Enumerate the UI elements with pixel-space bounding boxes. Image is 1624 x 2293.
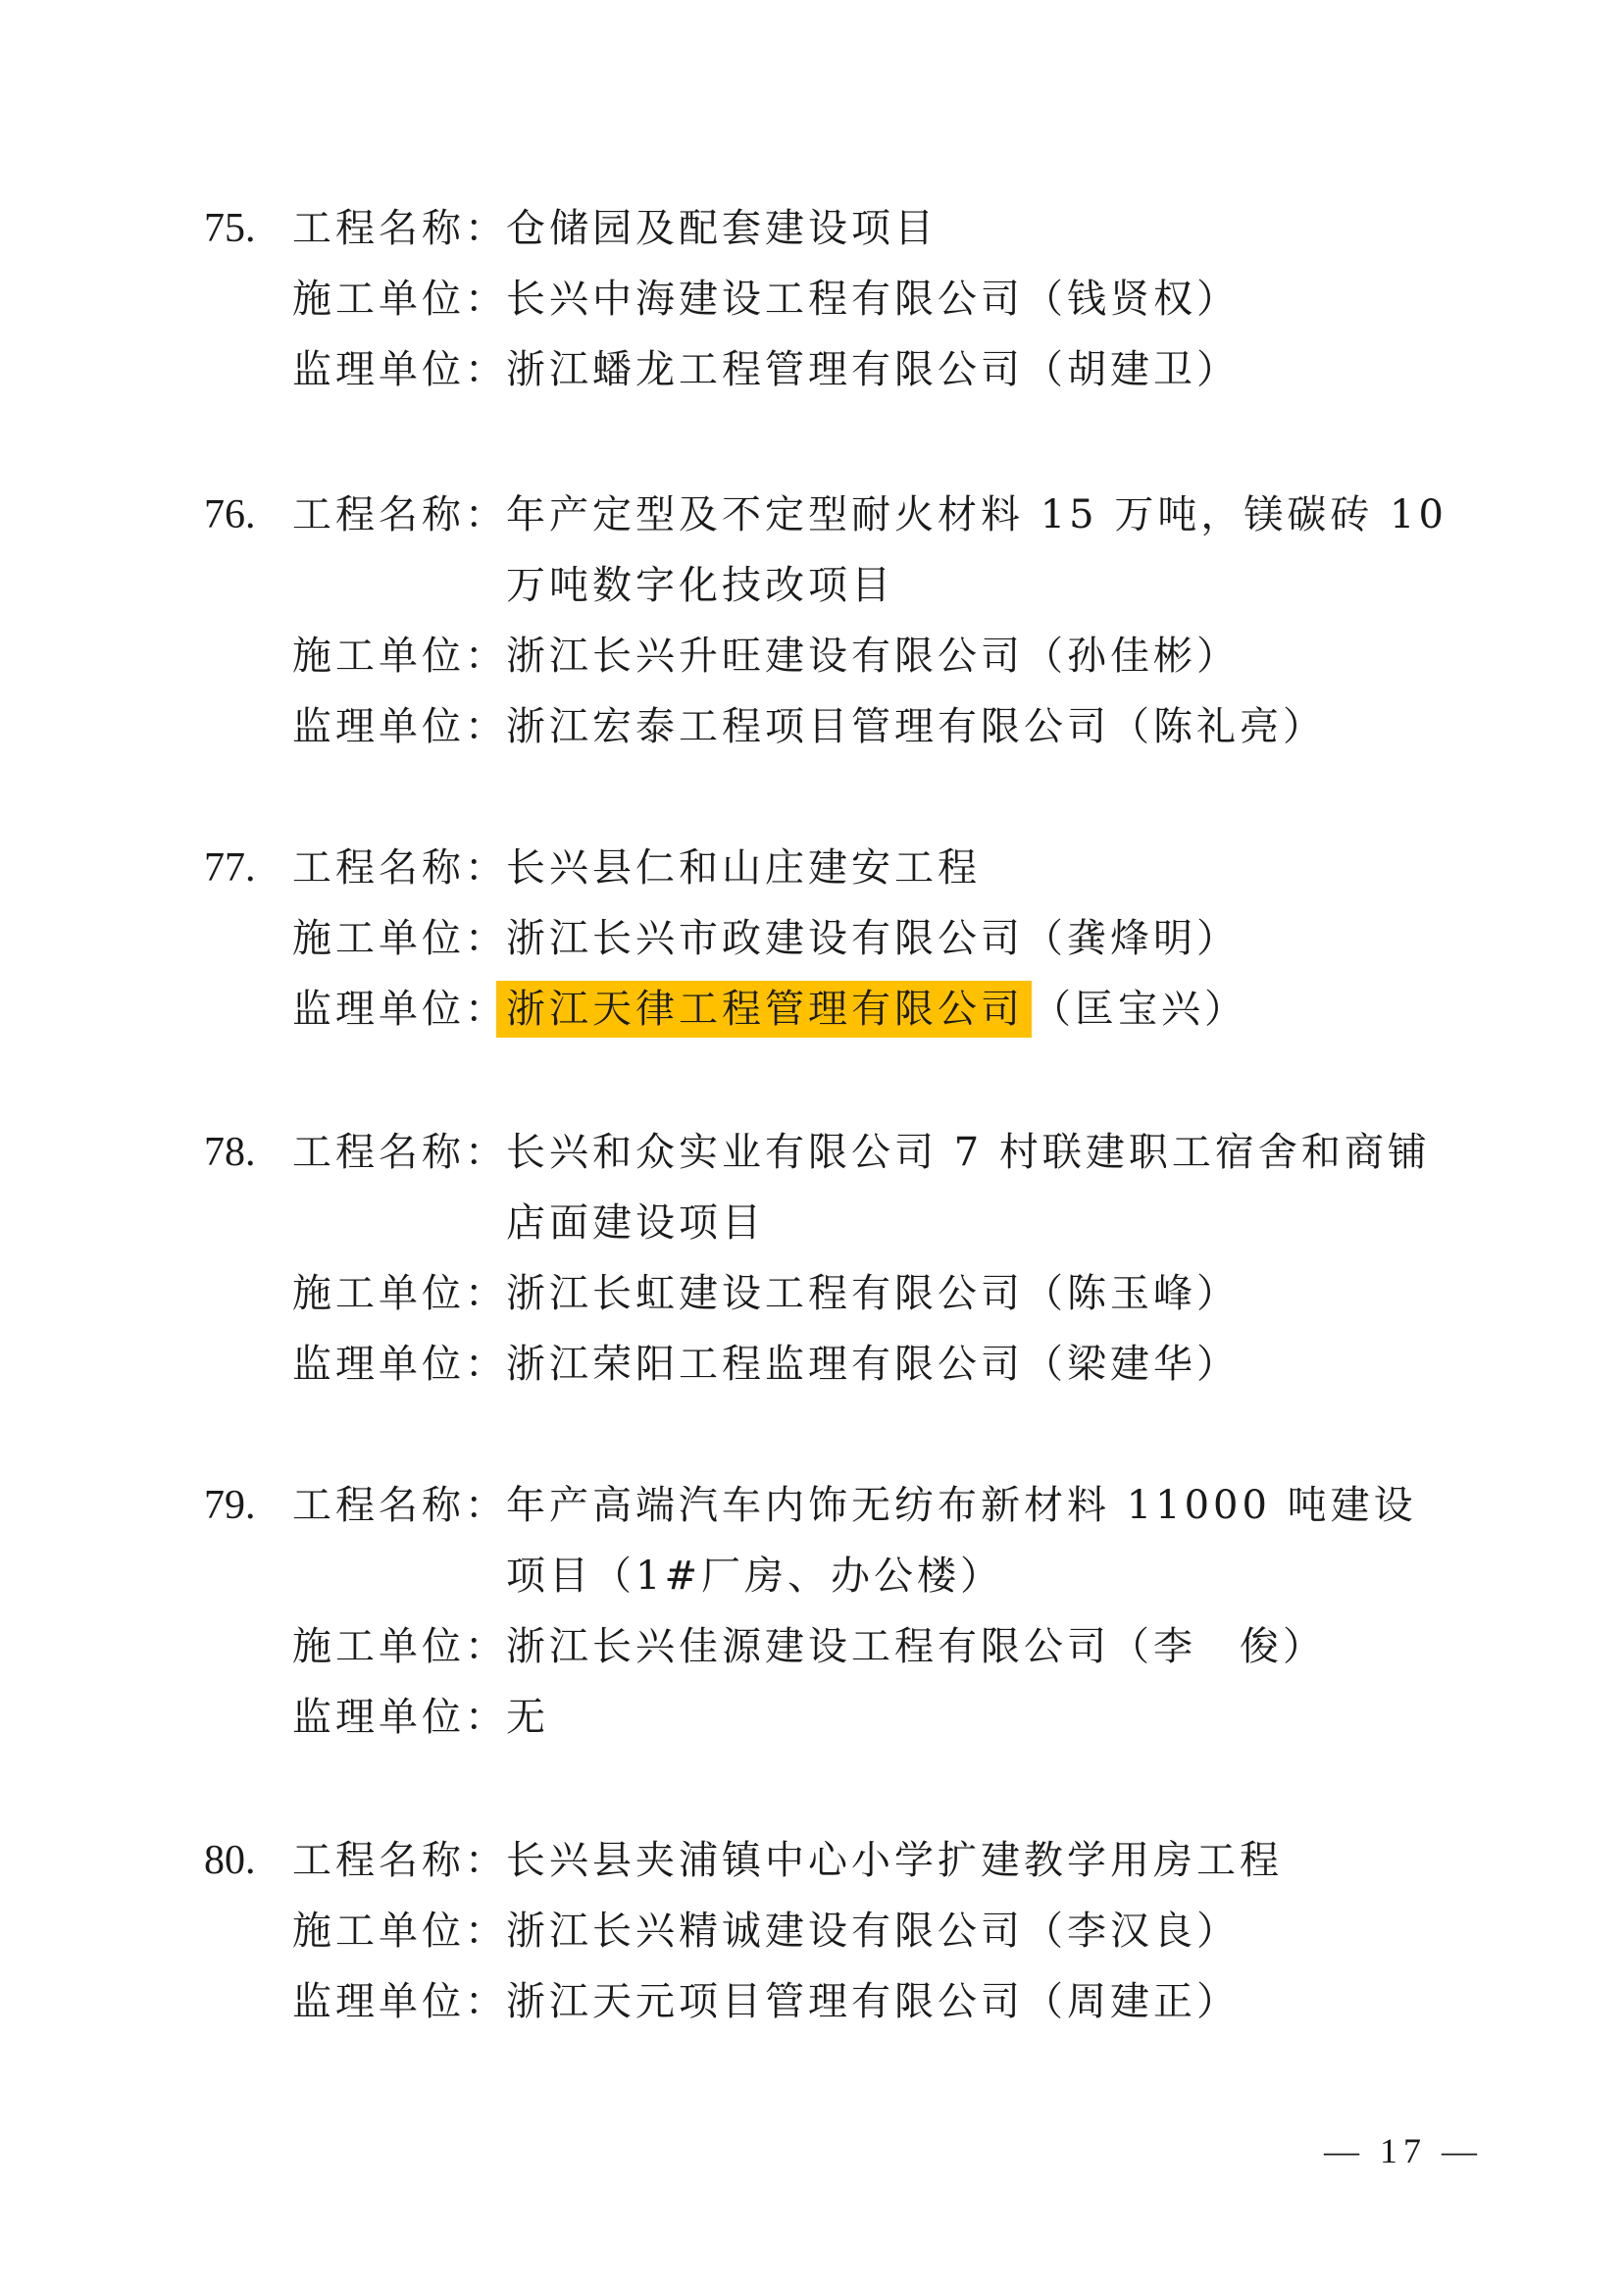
entry-number: 78. <box>204 1117 256 1188</box>
contractor-label: 施工单位： <box>292 264 508 334</box>
contractor-label: 施工单位： <box>292 1258 508 1329</box>
contractor-label: 施工单位： <box>292 1611 508 1682</box>
supervisor-label: 监理单位： <box>292 1682 508 1753</box>
project-name-label: 工程名称： <box>292 480 508 550</box>
project-name-label: 工程名称： <box>292 1825 508 1896</box>
contractor-value: 浙江长兴精诚建设有限公司（李汉良） <box>506 1896 1240 1966</box>
project-name-label: 工程名称： <box>292 1117 508 1188</box>
supervisor-label: 监理单位： <box>292 334 508 405</box>
supervisor-label: 监理单位： <box>292 691 508 762</box>
entry-number: 79. <box>204 1470 256 1541</box>
project-name-value-cont: 项目（1#厂房、办公楼） <box>506 1541 1003 1611</box>
project-name-value: 长兴和众实业有限公司 7 村联建职工宿舍和商铺 <box>506 1117 1431 1188</box>
project-name-label: 工程名称： <box>292 193 508 264</box>
supervisor-value: 浙江天元项目管理有限公司（周建正） <box>506 1966 1240 2037</box>
contractor-value: 浙江长兴佳源建设工程有限公司（李 俊） <box>506 1611 1326 1682</box>
contractor-value: 浙江长虹建设工程有限公司（陈玉峰） <box>506 1258 1240 1329</box>
contractor-value: 浙江长兴市政建设有限公司（龚烽明） <box>506 903 1240 974</box>
supervisor-value: 浙江宏泰工程项目管理有限公司（陈礼亮） <box>506 691 1326 762</box>
project-name-value: 年产定型及不定型耐火材料 15 万吨，镁碳砖 10 <box>506 480 1447 550</box>
highlighted-supervisor-name: 浙江天律工程管理有限公司 <box>496 981 1032 1038</box>
contractor-value: 浙江长兴升旺建设有限公司（孙佳彬） <box>506 621 1240 691</box>
supervisor-label: 监理单位： <box>292 1329 508 1400</box>
entry-number: 75. <box>204 193 256 264</box>
project-name-value-cont: 万吨数字化技改项目 <box>506 550 894 621</box>
contractor-label: 施工单位： <box>292 1896 508 1966</box>
supervisor-value: 无 <box>506 1682 549 1753</box>
supervisor-contact: （匡宝兴） <box>1032 987 1247 1032</box>
project-name-value: 长兴县仁和山庄建安工程 <box>506 833 981 903</box>
project-name-value-cont: 店面建设项目 <box>506 1188 765 1258</box>
project-name-value: 年产高端汽车内饰无纺布新材料 11000 吨建设 <box>506 1470 1417 1541</box>
entry-number: 80. <box>204 1825 256 1896</box>
supervisor-value: 浙江蟠龙工程管理有限公司（胡建卫） <box>506 334 1240 405</box>
project-name-label: 工程名称： <box>292 833 508 903</box>
supervisor-label: 监理单位： <box>292 1966 508 2037</box>
entry-number: 76. <box>204 480 256 550</box>
supervisor-label: 监理单位： <box>292 974 508 1045</box>
project-name-label: 工程名称： <box>292 1470 508 1541</box>
page-number: — 17 — <box>1324 2130 1483 2171</box>
contractor-value: 长兴中海建设工程有限公司（钱贤权） <box>506 264 1240 334</box>
supervisor-value: 浙江天律工程管理有限公司（匡宝兴） <box>506 974 1247 1045</box>
supervisor-value: 浙江荣阳工程监理有限公司（梁建华） <box>506 1329 1240 1400</box>
entry-number: 77. <box>204 833 256 903</box>
project-name-value: 仓储园及配套建设项目 <box>506 193 938 264</box>
contractor-label: 施工单位： <box>292 903 508 974</box>
project-name-value: 长兴县夹浦镇中心小学扩建教学用房工程 <box>506 1825 1283 1896</box>
document-page: 75. 工程名称： 仓储园及配套建设项目 施工单位： 长兴中海建设工程有限公司（… <box>0 0 1624 2293</box>
contractor-label: 施工单位： <box>292 621 508 691</box>
